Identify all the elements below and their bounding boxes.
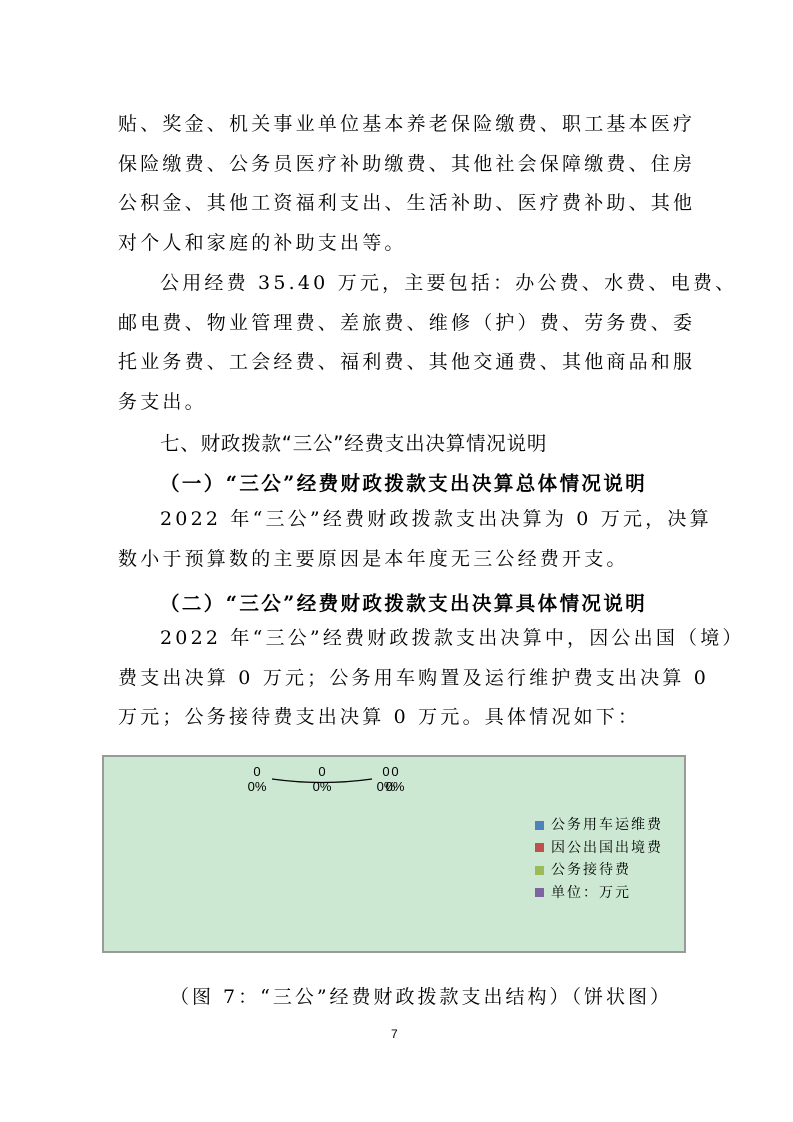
data-label-value: 0 <box>383 764 407 779</box>
legend-item: 因公出国出境费 <box>535 837 663 860</box>
legend-label: 因公出国出境费 <box>551 837 663 860</box>
data-label: 0 0% <box>245 764 269 794</box>
legend-swatch-icon <box>535 843 544 852</box>
legend-label: 公务用车运维费 <box>551 814 663 837</box>
chart-legend: 公务用车运维费 因公出国出境费 公务接待费 单位：万元 <box>535 814 663 904</box>
data-label-percent: 0% <box>245 779 269 794</box>
legend-item: 公务接待费 <box>535 859 663 882</box>
data-label-value: 0 <box>310 764 334 779</box>
leader-lines <box>0 0 793 1122</box>
data-label-percent: 0% <box>310 779 334 794</box>
legend-item: 单位：万元 <box>535 882 663 905</box>
page-number: 7 <box>391 1027 398 1041</box>
data-label: 0 0% <box>383 764 407 794</box>
legend-item: 公务用车运维费 <box>535 814 663 837</box>
data-label-percent: 0% <box>383 779 407 794</box>
legend-swatch-icon <box>535 821 544 830</box>
data-label-value: 0 <box>245 764 269 779</box>
legend-swatch-icon <box>535 888 544 897</box>
data-label: 0 0% <box>310 764 334 794</box>
legend-label: 公务接待费 <box>551 859 631 882</box>
legend-label: 单位：万元 <box>551 882 631 905</box>
figure-caption: （图 7：“三公”经费财政拨款支出结构）（饼状图） <box>170 982 672 1009</box>
legend-swatch-icon <box>535 866 544 875</box>
